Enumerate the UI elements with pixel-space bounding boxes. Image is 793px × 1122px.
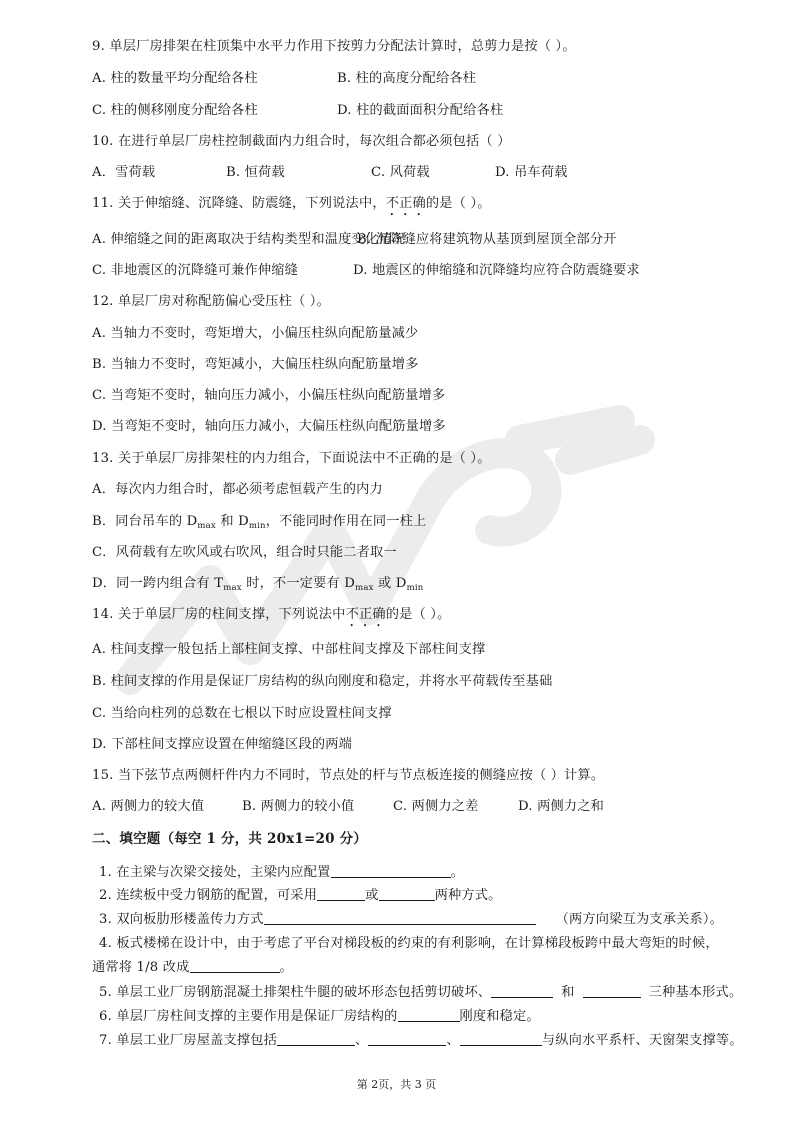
question-13-option-b: B．同台吊车的 Dmax 和 Dmin，不能同时作用在同一柱上 [92, 513, 426, 535]
question-15-option-a: A. 两侧力的较大值 [92, 798, 204, 816]
fill-item-text: 4. 板式楼梯在设计中，由于考虑了平台对梯段板的约束的有利影响，在计算梯段板跨中… [99, 936, 719, 951]
question-11-emphasis: 不正确 [386, 196, 426, 211]
option-b-text: B．同台吊车的 D [92, 514, 197, 529]
question-10-option-b: B. 恒荷载 [226, 164, 285, 182]
fill-item-3: 3. 双向板肋形楼盖传力方式（两方向梁互为支承关系）。 [99, 911, 723, 929]
question-13-option-d: D．同一跨内组合有 Tmax 时，不一定要有 Dmax 或 Dmin [92, 575, 423, 597]
question-12-option-b: B. 当轴力不变时，弯矩减小，大偏压柱纵向配筋量增多 [92, 356, 419, 374]
fill-item-text: 两种方式。 [435, 888, 502, 903]
question-14-stem-prefix: 14. 关于单层厂房的柱间支撑，下列说法中 [92, 607, 346, 622]
fill-item-4-continued: 通常将 1/8 改成。 [92, 959, 293, 977]
option-b-text: ，不能同时作用在同一柱上 [266, 514, 427, 529]
answer-blank[interactable] [460, 1032, 542, 1046]
question-12-option-a: A. 当轴力不变时，弯矩增大，小偏压柱纵向配筋量减少 [92, 325, 418, 343]
answer-blank[interactable] [368, 1032, 446, 1046]
fill-item-text: 通常将 1/8 改成 [92, 960, 190, 975]
fill-item-text: 和 [561, 985, 574, 1000]
question-11-stem: 11. 关于伸缩缝、沉降缝、防震缝，下列说法中，不正确的是（ ）。 [92, 195, 491, 219]
fill-item-text: （两方向梁互为支承关系）。 [556, 912, 723, 927]
answer-blank[interactable] [331, 864, 451, 878]
fill-item-text: 刚度和稳定。 [460, 1009, 540, 1024]
subscript-max: max [223, 583, 242, 593]
fill-item-text: 1. 在主梁与次梁交接处，主梁内应配置 [99, 865, 331, 880]
fill-item-text: 7. 单层工业厂房屋盖支撑包括 [99, 1033, 277, 1048]
fill-item-text: 2. 连续板中受力钢筋的配置，可采用 [99, 888, 317, 903]
page-number-footer: 第 2页，共 3 页 [0, 1076, 793, 1092]
answer-blank[interactable] [583, 984, 641, 998]
question-15-option-b: B. 两侧力的较小值 [242, 798, 354, 816]
fill-item-6: 6. 单层厂房柱间支撑的主要作用是保证厂房结构的刚度和稳定。 [99, 1008, 540, 1026]
fill-item-2: 2. 连续板中受力钢筋的配置，可采用或两种方式。 [99, 887, 502, 905]
question-9-option-a: A. 柱的数量平均分配给各柱 [92, 70, 258, 88]
option-d-text: 或 D [374, 576, 407, 591]
question-10-option-a: A．雪荷载 [92, 164, 155, 182]
subscript-min: min [249, 521, 266, 531]
fill-item-text: 或 [365, 888, 378, 903]
fill-item-7: 7. 单层工业厂房屋盖支撑包括、、与纵向水平系杆、天窗架支撑等。 [99, 1032, 743, 1050]
question-15-stem: 15. 当下弦节点两侧杆件内力不同时，节点处的杆与节点板连接的侧缝应按（ ）计算… [92, 767, 604, 785]
section-heading-fill-in: 二、填空题（每空 1 分，共 20x1=20 分） [92, 830, 367, 848]
question-14-option-a: A. 柱间支撑一般包括上部柱间支撑、中部柱间支撑及下部柱间支撑 [92, 641, 485, 659]
question-14-stem: 14. 关于单层厂房的柱间支撑，下列说法中不正确的是（ ）。 [92, 606, 450, 630]
fill-item-text: 。 [280, 960, 293, 975]
answer-blank[interactable] [317, 887, 365, 901]
option-d-text: 时，不一定要有 D [242, 576, 355, 591]
fill-item-1: 1. 在主梁与次梁交接处，主梁内应配置。 [99, 864, 464, 882]
question-11-option-b: B. 沉降缝应将建筑物从基顶到屋顶全部分开 [357, 231, 617, 249]
answer-blank[interactable] [264, 911, 536, 925]
question-10-stem: 10. 在进行单层厂房柱控制截面内力组合时，每次组合都必须包括（ ） [92, 133, 511, 151]
answer-blank[interactable] [491, 984, 553, 998]
fill-item-text: 6. 单层厂房柱间支撑的主要作用是保证厂房结构的 [99, 1009, 398, 1024]
answer-blank[interactable] [398, 1008, 460, 1022]
document-page: 9. 单层厂房排架在柱顶集中水平力作用下按剪力分配法计算时，总剪力是按（ ）。 … [0, 0, 793, 1122]
fill-item-4: 4. 板式楼梯在设计中，由于考虑了平台对梯段板的约束的有利影响，在计算梯段板跨中… [99, 935, 719, 953]
question-15-option-c: C. 两侧力之差 [393, 798, 479, 816]
fill-item-text: 3. 双向板肋形楼盖传力方式 [99, 912, 264, 927]
question-9-option-c: C. 柱的侧移刚度分配给各柱 [92, 102, 258, 120]
question-12-stem: 12. 单层厂房对称配筋偏心受压柱（ ）。 [92, 293, 330, 311]
question-11-option-c: C. 非地震区的沉降缝可兼作伸缩缝 [92, 262, 298, 280]
question-10-option-c: C. 风荷载 [371, 164, 430, 182]
fill-item-text: 、 [446, 1033, 459, 1048]
answer-blank[interactable] [379, 887, 435, 901]
question-13-option-c: C．风荷载有左吹风或右吹风，组合时只能二者取一 [92, 544, 397, 562]
fill-item-text: 、 [355, 1033, 368, 1048]
question-10-option-d: D. 吊车荷载 [495, 164, 568, 182]
question-11-stem-prefix: 11. 关于伸缩缝、沉降缝、防震缝，下列说法中， [92, 196, 386, 211]
question-9-stem: 9. 单层厂房排架在柱顶集中水平力作用下按剪力分配法计算时，总剪力是按（ ）。 [92, 38, 576, 56]
question-14-option-b: B. 柱间支撑的作用是保证厂房结构的纵向刚度和稳定，并将水平荷载传至基础 [92, 673, 552, 691]
question-11-stem-suffix: 的是（ ）。 [426, 196, 491, 211]
option-d-text: D．同一跨内组合有 T [92, 576, 223, 591]
question-14-emphasis: 不正确 [346, 607, 386, 622]
subscript-min: min [407, 583, 424, 593]
question-13-option-a: A．每次内力组合时，都必须考虑恒载产生的内力 [92, 481, 383, 499]
question-13-stem: 13. 关于单层厂房排架柱的内力组合，下面说法中不正确的是（ ）。 [92, 450, 491, 468]
answer-blank[interactable] [277, 1032, 355, 1046]
fill-item-text: 与纵向水平系杆、天窗架支撑等。 [542, 1033, 743, 1048]
question-14-option-c: C. 当给向柱列的总数在七根以下时应设置柱间支撑 [92, 705, 392, 723]
fill-item-text: 5. 单层工业厂房钢筋混凝土排架柱牛腿的破坏形态包括剪切破坏、 [99, 985, 491, 1000]
question-15-option-d: D. 两侧力之和 [518, 798, 604, 816]
subscript-max: max [355, 583, 374, 593]
fill-item-text: 。 [451, 865, 464, 880]
option-b-text: 和 D [216, 514, 249, 529]
fill-item-text: 三种基本形式。 [649, 985, 743, 1000]
question-14-stem-suffix: 的是（ ）。 [386, 607, 451, 622]
fill-item-5: 5. 单层工业厂房钢筋混凝土排架柱牛腿的破坏形态包括剪切破坏、和三种基本形式。 [99, 984, 742, 1002]
question-12-option-d: D. 当弯矩不变时，轴向压力减小，大偏压柱纵向配筋量增多 [92, 418, 446, 436]
question-14-option-d: D. 下部柱间支撑应设置在伸缩缝区段的两端 [92, 736, 352, 754]
answer-blank[interactable] [190, 959, 280, 973]
question-9-option-d: D. 柱的截面面积分配给各柱 [337, 102, 503, 120]
question-9-option-b: B. 柱的高度分配给各柱 [337, 70, 476, 88]
question-11-option-d: D. 地震区的伸缩缝和沉降缝均应符合防震缝要求 [353, 262, 640, 280]
question-12-option-c: C. 当弯矩不变时，轴向压力减小，小偏压柱纵向配筋量增多 [92, 387, 445, 405]
subscript-max: max [197, 521, 216, 531]
